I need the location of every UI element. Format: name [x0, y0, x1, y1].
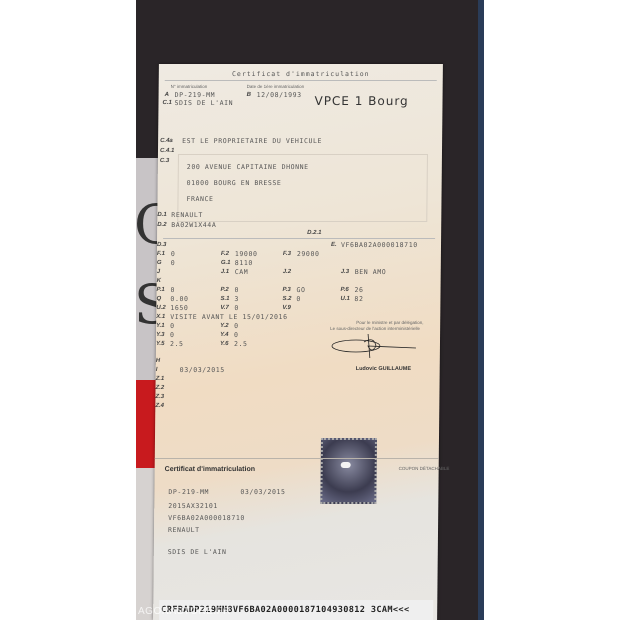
- divider: [163, 238, 435, 239]
- coupon-formula-number: 2015AX32101: [168, 502, 218, 510]
- signature-delegation: Pour le ministre et par délégation,: [356, 320, 423, 325]
- field-G-label: G: [157, 260, 162, 266]
- field-D1-value: RENAULT: [171, 211, 203, 219]
- field-Z2-label: Z.2: [155, 385, 164, 391]
- field-J-label: J: [157, 269, 160, 275]
- field-P6-value: 26: [355, 286, 364, 294]
- address-line-2: 01000 BOURG EN BRESSE: [187, 179, 282, 187]
- coupon-vin: VF6BA02A000018710: [168, 514, 245, 522]
- coupon-title: Certificat d'immatriculation: [165, 466, 255, 473]
- field-P3-label: P.3: [283, 287, 291, 293]
- registration-certificate: Certificat d'immatriculation N° immatric…: [153, 64, 443, 620]
- field-B-label: B: [247, 92, 251, 98]
- field-Y3-label: Y.3: [156, 332, 165, 338]
- field-Z4-label: Z.4: [155, 403, 164, 409]
- field-I-value: 03/03/2015: [180, 366, 225, 374]
- field-I-label: I: [156, 367, 158, 373]
- field-J3-value: BEN AMO: [355, 268, 387, 276]
- coupon-date: 03/03/2015: [240, 488, 285, 496]
- coupon-make: RENAULT: [168, 526, 200, 534]
- field-D2-value: BA02W1X44A: [171, 221, 216, 229]
- field-Y4-value: 0: [234, 331, 239, 339]
- handwritten-note: VPCE 1 Bourg: [314, 94, 408, 108]
- field-Y6-value: 2.5: [234, 340, 248, 348]
- document-photo: C S Certificat d'immatriculation N° imma…: [136, 0, 484, 620]
- certificate-title: Certificat d'immatriculation: [159, 70, 443, 78]
- field-H-label: H: [156, 358, 160, 364]
- field-P6-label: P.6: [341, 287, 349, 293]
- field-U1-label: U.1: [340, 296, 349, 302]
- coupon-holder: SDIS DE L'AIN: [168, 548, 227, 556]
- field-E-label: E.: [331, 242, 337, 248]
- field-U2-value: 1650: [170, 304, 188, 312]
- field-A-value: DP-219-MM: [175, 91, 216, 99]
- field-J3-label: J.3: [341, 269, 349, 275]
- divider: [165, 80, 437, 81]
- field-Y4-label: Y.4: [220, 332, 229, 338]
- field-U1-value: 82: [354, 295, 363, 303]
- field-Y3-value: 0: [170, 331, 175, 339]
- signature-mark: [328, 332, 418, 360]
- field-C1-value: SDIS DE L'AIN: [174, 99, 233, 107]
- field-S1-label: S.1: [220, 296, 229, 302]
- signature-title: Le sous-directeur de l'action interminis…: [330, 326, 420, 331]
- field-J2-label: J.2: [283, 269, 291, 275]
- field-Y5-label: Y.5: [156, 341, 165, 347]
- field-F1-value: 0: [171, 250, 176, 258]
- field-J1-label: J.1: [221, 269, 229, 275]
- field-X1-label: X.1: [156, 314, 165, 320]
- field-F3-label: F.3: [283, 251, 291, 257]
- field-V7-label: V.7: [220, 305, 229, 311]
- field-F2-label: F.2: [221, 251, 229, 257]
- field-Z1-label: Z.1: [156, 376, 165, 382]
- field-K-label: K: [157, 278, 161, 284]
- watermark: AGORASTORE.FR: [138, 606, 231, 617]
- field-G-value: 0: [171, 259, 176, 267]
- field-C4a-value: EST LE PROPRIETAIRE DU VEHICULE: [182, 137, 322, 145]
- field-D21-label: D.2.1: [307, 230, 321, 236]
- reg-number-label: N° immatriculation: [171, 84, 208, 89]
- field-Y6-label: Y.6: [220, 341, 229, 347]
- field-X1-value: VISITE AVANT LE 15/01/2016: [170, 313, 287, 321]
- coupon-perforation: [155, 458, 439, 459]
- field-Q-label: Q: [156, 296, 161, 302]
- field-P1-value: 0: [171, 286, 176, 294]
- field-C1-label: C.1: [162, 100, 171, 106]
- address-line-3: FRANCE: [186, 195, 213, 203]
- coupon-detachable-label: COUPON DÉTACHABLE: [399, 466, 450, 471]
- security-hologram: [320, 438, 377, 504]
- field-D1-label: D.1: [157, 212, 166, 218]
- coupon-reg-number: DP-219-MM: [168, 488, 209, 496]
- field-Y2-label: Y.2: [220, 323, 229, 329]
- field-G1-label: G.1: [221, 260, 231, 266]
- field-Z3-label: Z.3: [155, 394, 164, 400]
- field-U2-label: U.2: [156, 305, 165, 311]
- field-Q-value: 0.00: [170, 295, 188, 303]
- field-S1-value: 3: [234, 295, 239, 303]
- field-E-value: VF6BA02A000018710: [341, 241, 418, 249]
- field-P1-label: P.1: [157, 287, 165, 293]
- field-Y5-value: 2.5: [170, 340, 184, 348]
- field-V7-value: 0: [234, 304, 239, 312]
- field-Y1-value: 0: [170, 322, 175, 330]
- signatory-name: Ludovic GUILLAUME: [356, 366, 411, 372]
- field-B-value: 12/08/1993: [257, 91, 302, 99]
- field-P2-label: P.2: [221, 287, 229, 293]
- field-C41-label: C.4.1: [160, 148, 174, 154]
- field-D3-label: D.3: [157, 242, 166, 248]
- field-Y2-value: 0: [234, 322, 239, 330]
- field-J1-value: CAM: [235, 268, 249, 276]
- field-V9-label: V.9: [282, 305, 291, 311]
- field-A-label: A: [165, 92, 169, 98]
- field-Y1-label: Y.1: [156, 323, 165, 329]
- field-G1-value: 8110: [235, 259, 253, 267]
- field-S2-value: 0: [296, 295, 301, 303]
- field-P3-value: GO: [297, 286, 306, 294]
- field-D2-label: D.2: [157, 222, 166, 228]
- field-F2-value: 19000: [235, 250, 258, 258]
- field-P2-value: 0: [235, 286, 240, 294]
- address-box: 200 AVENUE CAPITAINE DHONNE 01000 BOURG …: [177, 154, 428, 222]
- field-C3-label: C.3: [160, 158, 169, 164]
- field-F3-value: 29000: [297, 250, 320, 258]
- field-F1-label: F.1: [157, 251, 165, 257]
- address-line-1: 200 AVENUE CAPITAINE DHONNE: [187, 163, 309, 171]
- field-S2-label: S.2: [282, 296, 291, 302]
- field-C4a-label: C.4a: [160, 138, 173, 144]
- first-reg-date-label: Date de 1ère immatriculation: [247, 84, 305, 89]
